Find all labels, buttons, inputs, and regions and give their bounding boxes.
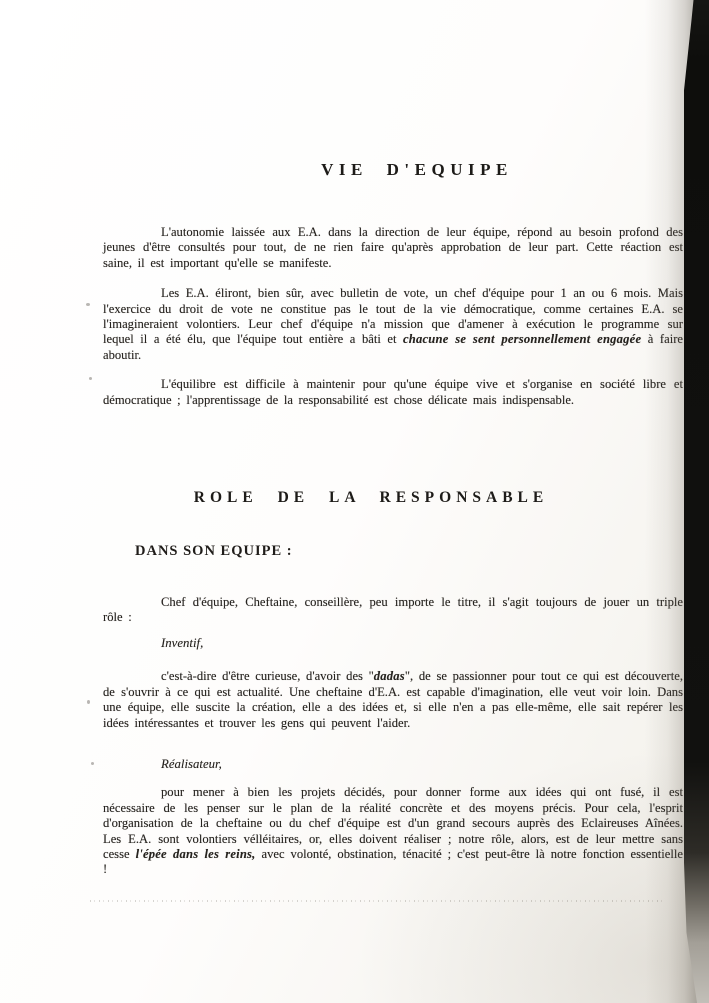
scan-speck bbox=[91, 762, 94, 765]
paragraph-election: Les E.A. éliront, bien sûr, avec bulleti… bbox=[103, 286, 683, 363]
document-title: VIE D'EQUIPE bbox=[103, 158, 683, 182]
paragraph-realisateur-description: pour mener à bien les projets décidés, p… bbox=[103, 785, 683, 877]
paragraph-autonomie: L'autonomie laissée aux E.A. dans la dir… bbox=[103, 225, 683, 271]
scan-speck bbox=[89, 377, 92, 380]
scanned-document-page: VIE D'EQUIPE L'autonomie laissée aux E.A… bbox=[0, 0, 709, 1003]
scan-speck bbox=[87, 700, 90, 704]
section-title-role-de-la-responsable: ROLE DE LA RESPONSABLE bbox=[103, 488, 683, 508]
scan-speck bbox=[86, 303, 90, 306]
page-content: VIE D'EQUIPE L'autonomie laissée aux E.A… bbox=[103, 0, 683, 878]
subsection-title-dans-son-equipe: DANS SON EQUIPE : bbox=[135, 542, 683, 560]
paragraph-inventif-description: c'est-à-dire d'être curieuse, d'avoir de… bbox=[103, 669, 683, 731]
paragraph-triple-role: Chef d'équipe, Cheftaine, conseillère, p… bbox=[103, 595, 683, 626]
role-label-inventif: Inventif, bbox=[161, 636, 683, 651]
scan-noise-line bbox=[90, 900, 665, 902]
scan-edge-band bbox=[684, 0, 709, 1003]
paragraph-equilibre: L'équilibre est difficile à maintenir po… bbox=[103, 377, 683, 408]
role-label-realisateur: Réalisateur, bbox=[161, 757, 683, 772]
